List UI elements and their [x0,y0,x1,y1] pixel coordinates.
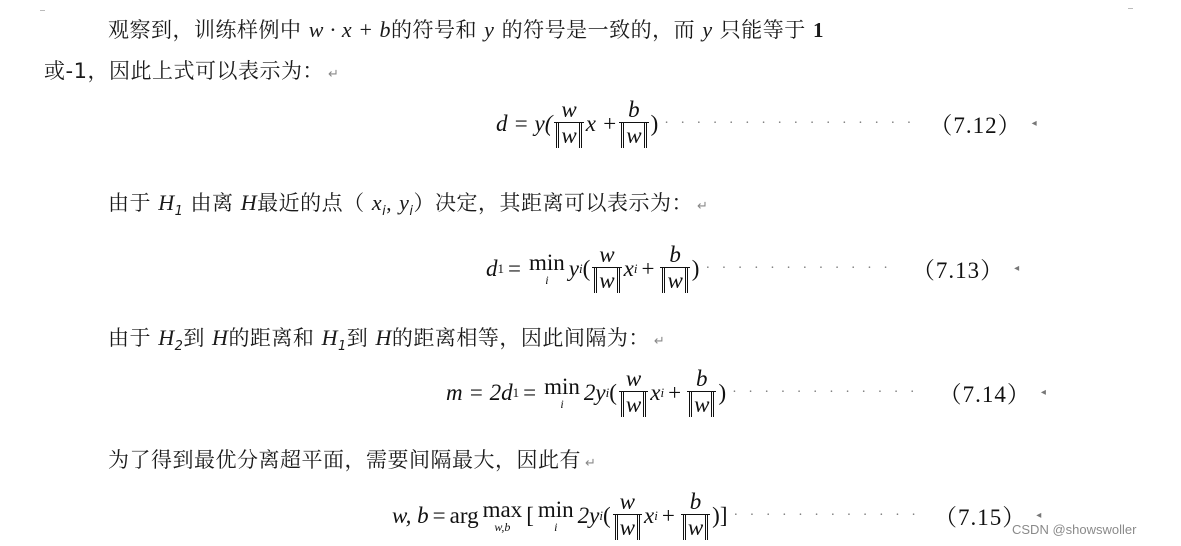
watermark: CSDN @showswoller [1012,522,1136,537]
eq-lhs: d = y( [496,111,552,137]
anchor-mark-icon: ◂ [1032,118,1037,129]
equation-7-14: m = 2d1 = min i 2yi( w w xi + b w ) · · … [446,367,1046,418]
fraction: w w [592,243,621,294]
fraction: w w [613,490,642,541]
paragraph-mark-icon: ↵ [328,67,339,82]
fraction: w w [619,367,648,418]
math-inline: y [484,17,494,42]
paragraph-3: 由于 H2到 H的距离和 H1到 H的距离相等，因此间隔为：↵ [108,322,665,354]
paragraph-1-line-2: 或-1，因此上式可以表示为：↵ [44,55,339,85]
paragraph-2: 由于 H1 由离 H最近的点（ xi, yi）决定，其距离可以表示为：↵ [108,187,708,219]
equation-number: （7.14） [939,376,1031,409]
paragraph-mark-icon: ↵ [654,334,665,349]
math-inline: w · x + b [309,17,391,42]
paragraph-mark-icon: ↵ [697,199,708,214]
max-operator: max w,b [483,499,523,533]
eq-term: x + [586,111,617,137]
anchor-mark-icon: ◂ [1036,510,1041,521]
fraction: b w [660,243,689,294]
equation-number: （7.13） [912,252,1004,285]
number-bold: 1 [813,18,824,42]
equation-7-12: d = y( w w x + b w ) · · · · · · · · · ·… [496,98,1037,149]
min-operator: min i [544,376,580,410]
text-run: 的符号是一致的，而 [502,18,696,42]
math-inline: y [702,17,712,42]
paragraph-4: 为了得到最优分离超平面，需要间隔最大，因此有↵ [108,444,596,474]
text-run: 的符号和 [391,18,477,42]
equation-7-13: d1 = min i yi( w w xi + b w ) · · · · · … [486,243,1019,294]
fraction: w w [554,98,583,149]
dot-leader: · · · · · · · · · · · · · · · · [664,116,915,132]
text-run: 观察到，训练样例中 [108,18,302,42]
page-corner-mark [1128,8,1133,9]
min-operator: min i [538,499,574,533]
dot-leader: · · · · · · · · · · · · [732,385,918,401]
fraction: b w [687,367,716,418]
equation-number: （7.12） [929,107,1021,140]
text-run: 只能等于 [720,18,806,42]
page-corner-mark [40,10,45,11]
text-run: 或-1，因此上式可以表示为： [44,59,324,83]
equation-7-15: w, b = arg max w,b [ min i 2yi( w w xi +… [392,490,1041,541]
anchor-mark-icon: ◂ [1014,263,1019,274]
paragraph-mark-icon: ↵ [585,456,596,471]
fraction: b w [619,98,648,149]
dot-leader: · · · · · · · · · · · · [734,508,920,524]
dot-leader: · · · · · · · · · · · · [705,261,891,277]
min-operator: min i [529,252,565,286]
anchor-mark-icon: ◂ [1041,387,1046,398]
paragraph-1-line-1: 观察到，训练样例中 w · x + b的符号和 y 的符号是一致的，而 y 只能… [108,14,824,44]
fraction: b w [681,490,710,541]
